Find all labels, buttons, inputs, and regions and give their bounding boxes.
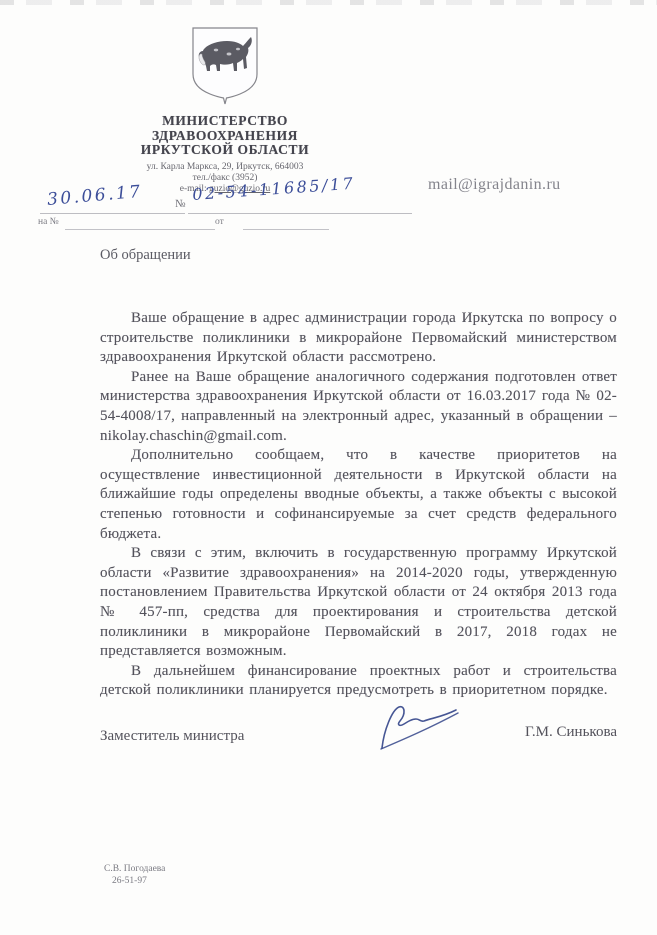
paragraph: В дальнейшем финансирование проектных ра… xyxy=(100,662,617,701)
signer-position: Заместитель министра xyxy=(100,728,244,745)
reply-date-underline xyxy=(243,229,329,230)
signer-name: Г.М. Синькова xyxy=(525,724,617,741)
coat-of-arms-icon xyxy=(188,24,262,108)
signature-block: Заместитель министра Г.М. Синькова xyxy=(100,698,617,760)
handwritten-signature xyxy=(368,698,463,756)
scanned-letter-page: МИНИСТЕРСТВО ЗДРАВООХРАНЕНИЯ ИРКУТСКОЙ О… xyxy=(0,0,657,935)
number-underline xyxy=(188,213,412,214)
reply-to-label: на № xyxy=(38,217,59,227)
recipient-email: mail@igrajdanin.ru xyxy=(428,176,561,194)
executor-phone: 26-51-97 xyxy=(104,875,165,887)
letterhead-address: ул. Карла Маркса, 29, Иркутск, 664003 xyxy=(59,162,391,173)
ministry-name-line2: ЗДРАВООХРАНЕНИЯ xyxy=(59,129,391,144)
paragraph: Дополнительно сообщаем, что в качестве п… xyxy=(100,446,617,544)
letterhead: МИНИСТЕРСТВО ЗДРАВООХРАНЕНИЯ ИРКУТСКОЙ О… xyxy=(59,24,391,195)
executor-footer: С.В. Погодаева 26-51-97 xyxy=(104,863,165,887)
scan-edge-artifact xyxy=(0,0,657,5)
date-underline xyxy=(40,213,185,214)
paragraph: В связи с этим, включить в государственн… xyxy=(100,544,617,662)
reference-row: 30.06.17 № 02-54-11685/17 xyxy=(38,188,438,218)
paragraph: Ваше обращение в адрес администрации гор… xyxy=(100,309,617,368)
reply-from-label: от xyxy=(215,217,224,227)
letter-body: Ваше обращение в адрес администрации гор… xyxy=(100,309,617,701)
ministry-name-line1: МИНИСТЕРСТВО xyxy=(59,114,391,129)
paragraph: Ранее на Ваше обращение аналогичного сод… xyxy=(100,368,617,446)
subject-line: Об обращении xyxy=(100,247,191,264)
ministry-name-line3: ИРКУТСКОЙ ОБЛАСТИ xyxy=(59,143,391,158)
number-sign: № xyxy=(175,198,186,210)
reply-reference-row: на № от xyxy=(38,215,378,233)
reply-number-underline xyxy=(65,229,215,230)
executor-name: С.В. Погодаева xyxy=(104,863,165,875)
